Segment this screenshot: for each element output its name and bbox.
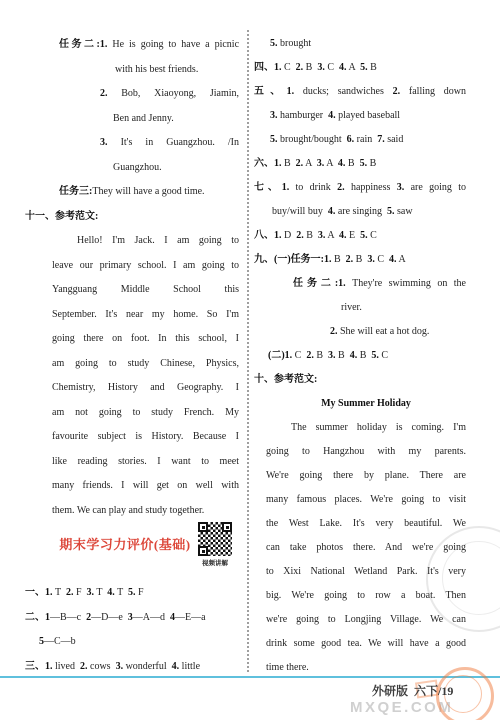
text-line: My Summer Holiday xyxy=(254,392,466,416)
text-line: The summer holiday is coming. I'm xyxy=(254,416,466,440)
text-line: Ben and Jenny. xyxy=(25,107,239,132)
text: B xyxy=(345,158,359,169)
bold-text: 1. xyxy=(287,86,303,97)
bold-text: 4. xyxy=(339,230,347,241)
text: T xyxy=(53,587,66,598)
section-header-title: 期末学习力评价(基础) xyxy=(42,535,208,555)
text: to drink xyxy=(296,182,338,193)
left-text-column: 任务二:1. He is going to have a picnicwith … xyxy=(25,33,239,523)
text-line: river. xyxy=(254,296,466,320)
text: little xyxy=(179,661,200,672)
footer-rule xyxy=(0,676,500,678)
bold-text: 1. xyxy=(274,62,282,73)
bold-text: 二、 xyxy=(25,612,45,623)
bold-text: 3. xyxy=(100,137,121,148)
text: T xyxy=(115,587,128,598)
bold-text: 任务二: xyxy=(293,278,338,289)
text: F xyxy=(73,587,86,598)
text: time there. xyxy=(266,662,309,673)
text: Chemistry, History and Geography. I xyxy=(52,382,239,393)
bold-text: 三、 xyxy=(25,661,45,672)
text-line: going there on foot. In this school, I xyxy=(25,327,239,352)
bold-text: 4. xyxy=(328,110,338,121)
text-line: 四、1. C 2. B 3. C 4. A 5. B xyxy=(254,56,466,80)
text-line: 5—C—b xyxy=(25,630,239,655)
text-line: 十一、参考范文: xyxy=(25,205,239,230)
text-line: to Xixi National Wetland Park. It's very xyxy=(254,560,466,584)
text: —D—e xyxy=(91,612,128,623)
bold-text: My Summer Holiday xyxy=(321,398,411,409)
text-line: buy/will buy 4. are singing 5. saw xyxy=(254,200,466,224)
qr-caption: 视频讲解 xyxy=(194,558,236,567)
text: A xyxy=(325,230,339,241)
text: A xyxy=(397,254,406,265)
text-line: 九、(一)任务一:1. B 2. B 3. C 4. A xyxy=(254,248,466,272)
left-answers-column: 一、1. T 2. F 3. T 4. T 5. F二、1—B—c 2—D—e … xyxy=(25,581,239,679)
text: favourite subject is History. Because I xyxy=(52,431,239,442)
text-line: am not going to study French. My xyxy=(25,401,239,426)
text: Ben and Jenny. xyxy=(113,113,174,124)
text-line: we're going to Longjing Village. We can xyxy=(254,608,466,632)
bold-text: 4. xyxy=(107,587,115,598)
bold-text: 1. xyxy=(100,39,113,50)
bold-text: 十、 xyxy=(254,374,274,385)
bold-text: 4. xyxy=(339,62,347,73)
text-line: September. It's near my home. So I'm xyxy=(25,303,239,328)
text: They're swimming on the xyxy=(352,278,466,289)
text: B xyxy=(368,62,377,73)
text-line: am going to study Chinese, Physics, xyxy=(25,352,239,377)
text: wonderful xyxy=(123,661,172,672)
text: —B—c xyxy=(50,612,86,623)
text: drink some good tea. We will have a good xyxy=(266,638,466,649)
text-line: can take photos there. And we're going xyxy=(254,536,466,560)
text: The summer holiday is coming. I'm xyxy=(291,422,466,433)
qr-finder-icon xyxy=(198,522,208,532)
text: D xyxy=(282,230,297,241)
text: C xyxy=(368,230,377,241)
text: like reading stories. I want to meet xyxy=(52,456,239,467)
text-line: 任务三:They will have a good time. xyxy=(25,180,239,205)
text: lived xyxy=(53,661,81,672)
bold-text: 6. xyxy=(347,134,357,145)
bold-text: 3. xyxy=(116,661,124,672)
bold-text: 1. xyxy=(274,230,282,241)
text: A xyxy=(347,62,361,73)
text: said xyxy=(387,134,403,145)
bold-text: 3. xyxy=(328,350,336,361)
text: —A—d xyxy=(133,612,170,623)
text-line: 5. brought xyxy=(254,32,466,56)
text: C xyxy=(325,62,339,73)
text-line: 八、1. D 2. B 3. A 4. E 5. C xyxy=(254,224,466,248)
bold-text: 五、 xyxy=(254,86,287,97)
text: with his best friends. xyxy=(115,64,198,75)
text: B xyxy=(367,158,376,169)
bold-text: 1. xyxy=(45,661,53,672)
text-line: (二)1. C 2. B 3. B 4. B 5. C xyxy=(254,344,466,368)
footer-edition-page: 外研版六下/19 xyxy=(372,682,453,699)
bold-text: 一、 xyxy=(25,587,45,598)
text: B xyxy=(282,158,296,169)
bold-text: 7. xyxy=(377,134,387,145)
text: B xyxy=(336,350,350,361)
text: September. It's near my home. So I'm xyxy=(52,309,239,320)
text: We're going there by plane. There are xyxy=(266,470,466,481)
bold-text: 2. xyxy=(337,182,351,193)
bold-text: 参考范文: xyxy=(55,211,98,222)
text-line: with his best friends. xyxy=(25,58,239,83)
text: are going to xyxy=(411,182,466,193)
text: are singing xyxy=(338,206,387,217)
bold-text: 四、 xyxy=(254,62,274,73)
bold-text: 2. xyxy=(296,230,304,241)
text: It's in Guangzhou. /In xyxy=(121,137,239,148)
text: can take photos there. And we're going xyxy=(266,542,466,553)
bold-text: 八、 xyxy=(254,230,274,241)
bold-text: 5. xyxy=(128,587,136,598)
text: am going to study Chinese, Physics, xyxy=(52,358,239,369)
text: brought/bought xyxy=(280,134,347,145)
column-divider xyxy=(247,30,249,672)
bold-text: 参考范文: xyxy=(274,374,317,385)
text: He is going to have a picnic xyxy=(112,39,239,50)
bold-text: 5. xyxy=(270,134,280,145)
text: A xyxy=(303,158,317,169)
text: played baseball xyxy=(338,110,400,121)
text: Bob, Xiaoyong, Jiamin, xyxy=(121,88,239,99)
text: T xyxy=(94,587,107,598)
bold-text: 5. xyxy=(360,230,368,241)
text-line: 3. hamburger 4. played baseball xyxy=(254,104,466,128)
page-number-label: 六下/19 xyxy=(414,684,453,698)
bold-text: 5. xyxy=(360,158,368,169)
bold-text: (二) xyxy=(268,350,285,361)
text: B xyxy=(332,254,346,265)
text: Yangguang Middle School this xyxy=(52,284,239,295)
text: big. We're going to row a boat. Then xyxy=(266,590,466,601)
text-line: Guangzhou. xyxy=(25,156,239,181)
text: rain xyxy=(357,134,378,145)
text-line: them. We can play and study together. xyxy=(25,499,239,524)
bold-text: 4. xyxy=(328,206,338,217)
text: —E—a xyxy=(175,612,206,623)
bold-text: 5. xyxy=(270,38,280,49)
text: B xyxy=(303,62,317,73)
text: them. We can play and study together. xyxy=(52,505,204,516)
text: C xyxy=(292,350,306,361)
bold-text: 5. xyxy=(360,62,368,73)
text: happiness xyxy=(351,182,397,193)
bold-text: 1. xyxy=(324,254,332,265)
bold-text: 2. xyxy=(100,88,121,99)
text: going there on foot. In this school, I xyxy=(52,333,239,344)
text: brought xyxy=(280,38,311,49)
text: They will have a good time. xyxy=(92,186,204,197)
text: cows xyxy=(88,661,116,672)
bold-text: 4. xyxy=(389,254,397,265)
bold-text: 七、 xyxy=(254,182,282,193)
qr-code xyxy=(198,522,232,556)
text-line: Chemistry, History and Geography. I xyxy=(25,376,239,401)
text: —C—b xyxy=(44,636,76,647)
text-line: many famous places. We're going to visit xyxy=(254,488,466,512)
text-line: 一、1. T 2. F 3. T 4. T 5. F xyxy=(25,581,239,606)
qr-finder-icon xyxy=(198,546,208,556)
text-line: drink some good tea. We will have a good xyxy=(254,632,466,656)
text-line: favourite subject is History. Because I xyxy=(25,425,239,450)
text: the West Lake. It's very beautiful. We xyxy=(266,518,466,529)
text-line: 二、1—B—c 2—D—e 3—A—d 4—E—a xyxy=(25,606,239,631)
text: hamburger xyxy=(280,110,328,121)
text: B xyxy=(314,350,328,361)
text-line: going to Hangzhou with my parents. xyxy=(254,440,466,464)
text: am not going to study French. My xyxy=(52,407,239,418)
text-line: like reading stories. I want to meet xyxy=(25,450,239,475)
text-line: 3. It's in Guangzhou. /In xyxy=(25,131,239,156)
text-line: 七、1. to drink 2. happiness 3. are going … xyxy=(254,176,466,200)
bold-text: 3. xyxy=(317,62,325,73)
text-line: big. We're going to row a boat. Then xyxy=(254,584,466,608)
text-line: 任务二:1. They're swimming on the xyxy=(254,272,466,296)
watermark-site-text: MXQE.COM xyxy=(350,699,453,716)
text: F xyxy=(136,587,144,598)
bold-text: 2. xyxy=(330,326,340,337)
text-line: 2. Bob, Xiaoyong, Jiamin, xyxy=(25,82,239,107)
text-line: 六、1. B 2. A 3. A 4. B 5. B xyxy=(254,152,466,176)
text: E xyxy=(347,230,361,241)
bold-text: 九、 xyxy=(254,254,274,265)
text: She will eat a hot dog. xyxy=(340,326,429,337)
text: B xyxy=(353,254,367,265)
text: saw xyxy=(397,206,413,217)
text: river. xyxy=(341,302,362,313)
text-line: leave our primary school. I am going to xyxy=(25,254,239,279)
bold-text: 任务三: xyxy=(59,186,92,197)
bold-text: 1. xyxy=(282,182,296,193)
text: to Xixi National Wetland Park. It's very xyxy=(266,566,466,577)
text: B xyxy=(357,350,371,361)
text-line: We're going there by plane. There are xyxy=(254,464,466,488)
text: Hello! I'm Jack. I am going to xyxy=(77,235,239,246)
text: C xyxy=(375,254,389,265)
right-text-column: 5. brought四、1. C 2. B 3. C 4. A 5. B五、1.… xyxy=(254,32,466,680)
qr-finder-icon xyxy=(222,522,232,532)
text-line: 任务二:1. He is going to have a picnic xyxy=(25,33,239,58)
bold-text: 2. xyxy=(80,661,88,672)
text: falling down xyxy=(409,86,466,97)
text: ducks; sandwiches xyxy=(303,86,393,97)
bold-text: 2. xyxy=(306,350,314,361)
text-line: many friends. I will get on well with xyxy=(25,474,239,499)
edition-label: 外研版 xyxy=(372,684,408,698)
text: going to Hangzhou with my parents. xyxy=(266,446,466,457)
bold-text: 3. xyxy=(270,110,280,121)
bold-text: 2. xyxy=(393,86,409,97)
text: we're going to Longjing Village. We can xyxy=(266,614,466,625)
text-line: Hello! I'm Jack. I am going to xyxy=(25,229,239,254)
bold-text: 3. xyxy=(397,182,411,193)
text: C xyxy=(379,350,388,361)
text: many friends. I will get on well with xyxy=(52,480,239,491)
text-line: 2. She will eat a hot dog. xyxy=(254,320,466,344)
text-line: Yangguang Middle School this xyxy=(25,278,239,303)
bold-text: (一)任务一: xyxy=(274,254,324,265)
bold-text: 1. xyxy=(338,278,352,289)
bold-text: 5. xyxy=(371,350,379,361)
bold-text: 1. xyxy=(274,158,282,169)
text-line: the West Lake. It's very beautiful. We xyxy=(254,512,466,536)
bold-text: 5. xyxy=(387,206,397,217)
text: A xyxy=(324,158,338,169)
text-line: 十、参考范文: xyxy=(254,368,466,392)
text: many famous places. We're going to visit xyxy=(266,494,466,505)
bold-text: 3. xyxy=(87,587,95,598)
bold-text: 任务二: xyxy=(59,39,100,50)
text: Guangzhou. xyxy=(113,162,162,173)
text: C xyxy=(282,62,296,73)
text: buy/will buy xyxy=(272,206,328,217)
text-line: 5. brought/bought 6. rain 7. said xyxy=(254,128,466,152)
bold-text: 六、 xyxy=(254,158,274,169)
bold-text: 1. xyxy=(45,587,53,598)
bold-text: 3. xyxy=(367,254,375,265)
text: leave our primary school. I am going to xyxy=(52,260,239,271)
text: B xyxy=(304,230,318,241)
text-line: 五、1. ducks; sandwiches 2. falling down xyxy=(254,80,466,104)
bold-text: 十一、 xyxy=(25,211,55,222)
